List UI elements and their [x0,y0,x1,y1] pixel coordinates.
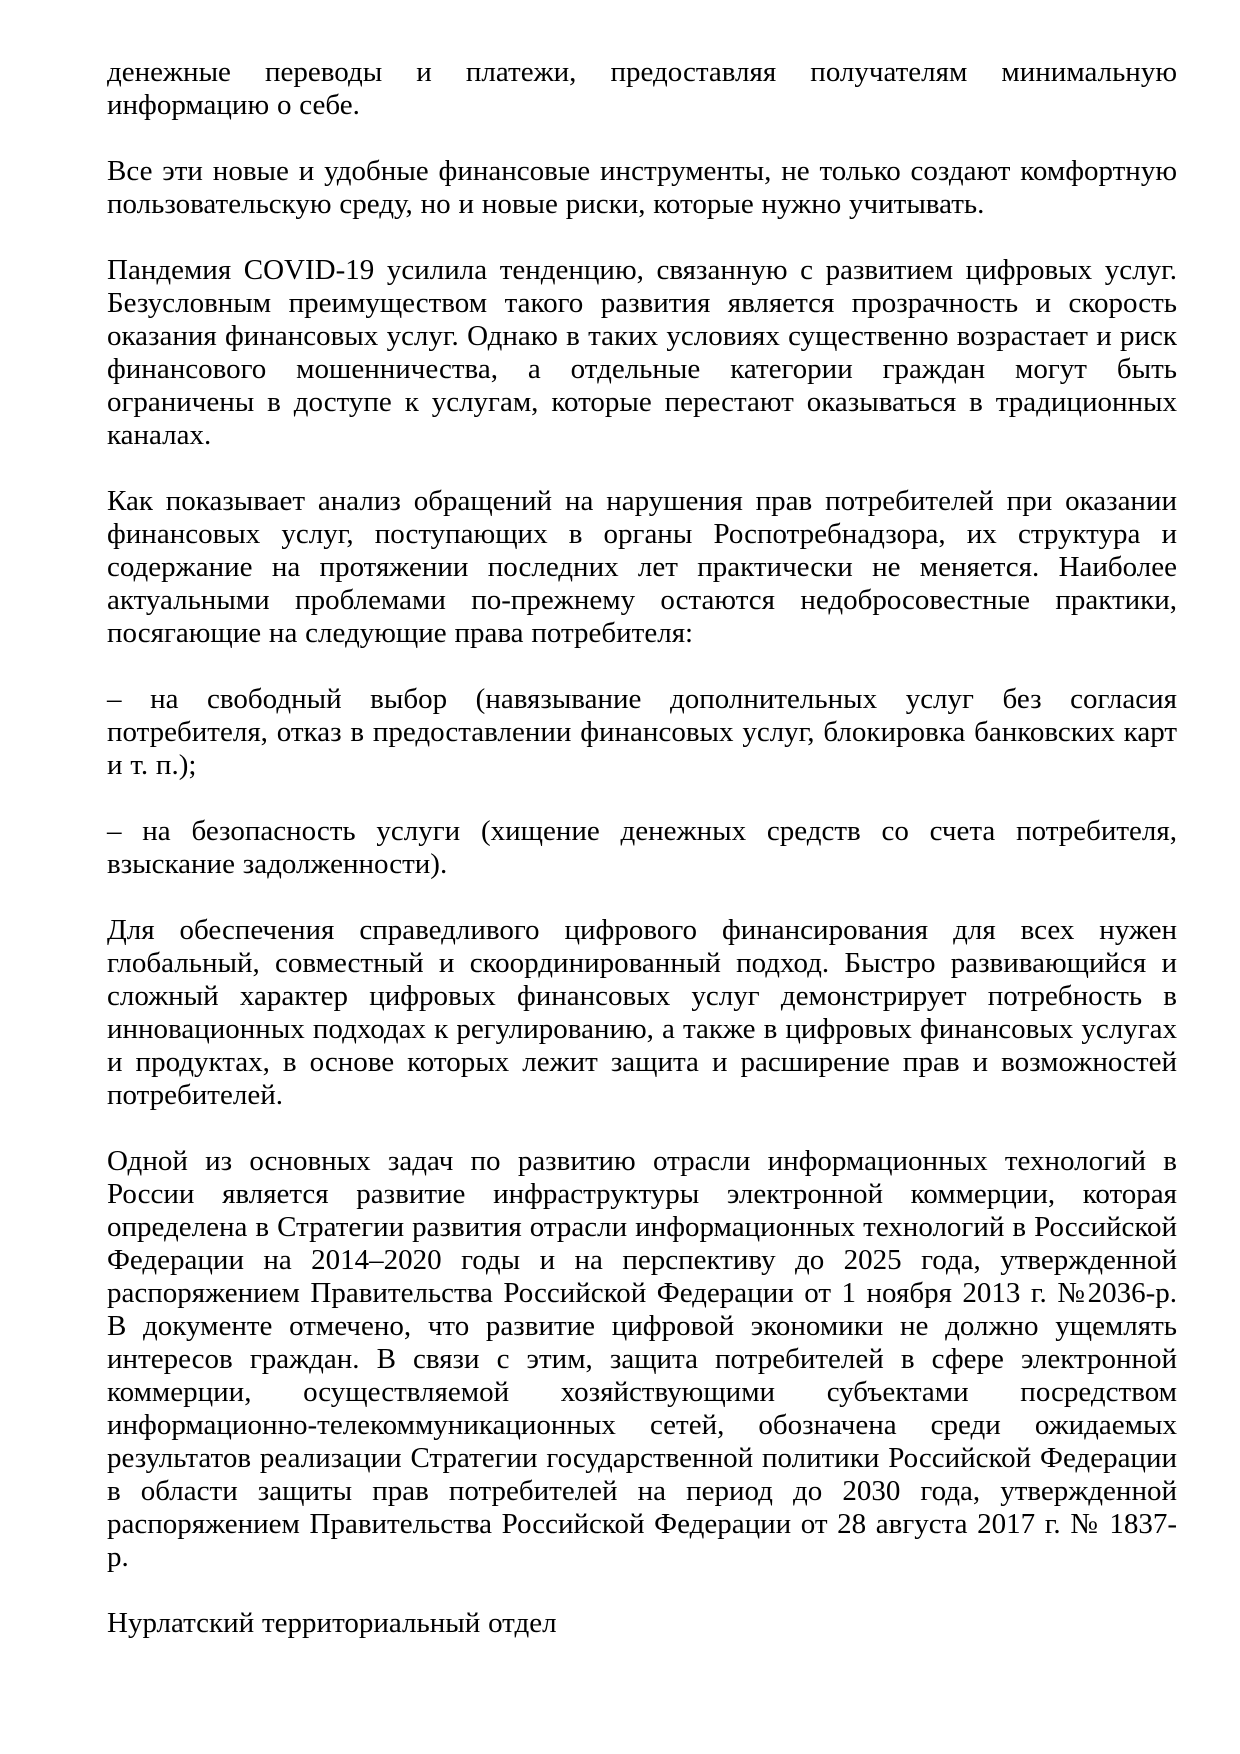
signature-territorial-department: Нурлатский территориальный отдел [107,1607,1177,1640]
list-item-free-choice: – на свободный выбор (навязывание дополн… [107,683,1177,782]
list-item-service-safety: – на безопасность услуги (хищение денежн… [107,815,1177,881]
paragraph-covid-trend: Пандемия COVID-19 усилила тенденцию, свя… [107,254,1177,452]
paragraph-money-transfers: денежные переводы и платежи, предоставля… [107,56,1177,122]
document-page: денежные переводы и платежи, предоставля… [0,0,1240,1754]
paragraph-new-instruments: Все эти новые и удобные финансовые инстр… [107,155,1177,221]
paragraph-fair-digital-finance: Для обеспечения справедливого цифрового … [107,914,1177,1112]
paragraph-it-strategy: Одной из основных задач по развитию отра… [107,1145,1177,1574]
paragraph-complaints-analysis: Как показывает анализ обращений на наруш… [107,485,1177,650]
